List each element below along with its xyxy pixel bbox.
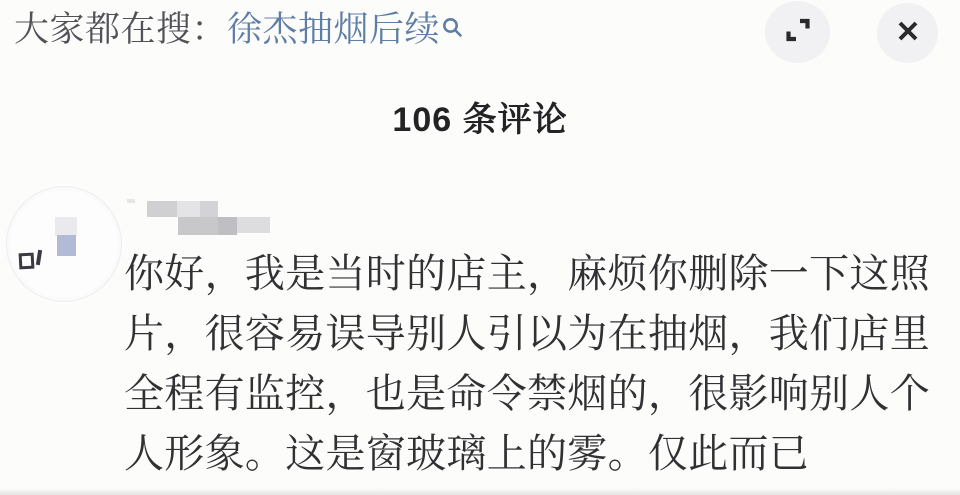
mosaic-block xyxy=(178,217,218,235)
mosaic-block xyxy=(237,217,270,233)
avatar-blur-artifact xyxy=(57,235,76,256)
close-icon xyxy=(892,15,924,52)
trending-query-link[interactable]: 徐杰抽烟后续 xyxy=(227,10,440,49)
mosaic-block xyxy=(147,201,177,217)
search-icon xyxy=(441,5,464,51)
mosaic-block xyxy=(218,217,237,235)
mosaic-block xyxy=(127,199,135,203)
comment-text-line: 人形象。这是窗玻璃上的雾。仅此而已 xyxy=(124,424,954,484)
avatar[interactable] xyxy=(7,187,121,301)
mosaic-block xyxy=(200,201,218,217)
close-button[interactable] xyxy=(877,3,938,63)
mosaic-block xyxy=(177,201,200,217)
expand-button[interactable] xyxy=(765,1,830,63)
trending-search-bar: 大家都在搜：徐杰抽烟后续 xyxy=(14,7,464,53)
comment-text-line: 片，很容易误导别人引以为在抽烟，我们店里 xyxy=(124,304,954,364)
comment-text-line: 你好，我是当时的店主，麻烦你删除一下这照 xyxy=(124,244,954,304)
comment-text-line: 全程有监控，也是命令禁烟的，很影响别人个 xyxy=(124,364,954,424)
comment-text: 你好，我是当时的店主，麻烦你删除一下这照 片，很容易误导别人引以为在抽烟，我们店… xyxy=(124,244,954,484)
comments-overlay: 大家都在搜：徐杰抽烟后续 106 条评论 xyxy=(0,0,960,495)
expand-icon xyxy=(783,15,813,50)
avatar-blur-artifact xyxy=(36,250,42,265)
username-redacted[interactable] xyxy=(135,196,280,238)
avatar-blur-artifact xyxy=(19,253,35,270)
trending-label: 大家都在搜： xyxy=(14,10,227,49)
avatar-blur-artifact xyxy=(55,217,77,236)
comments-count-header: 106 条评论 xyxy=(0,92,960,141)
